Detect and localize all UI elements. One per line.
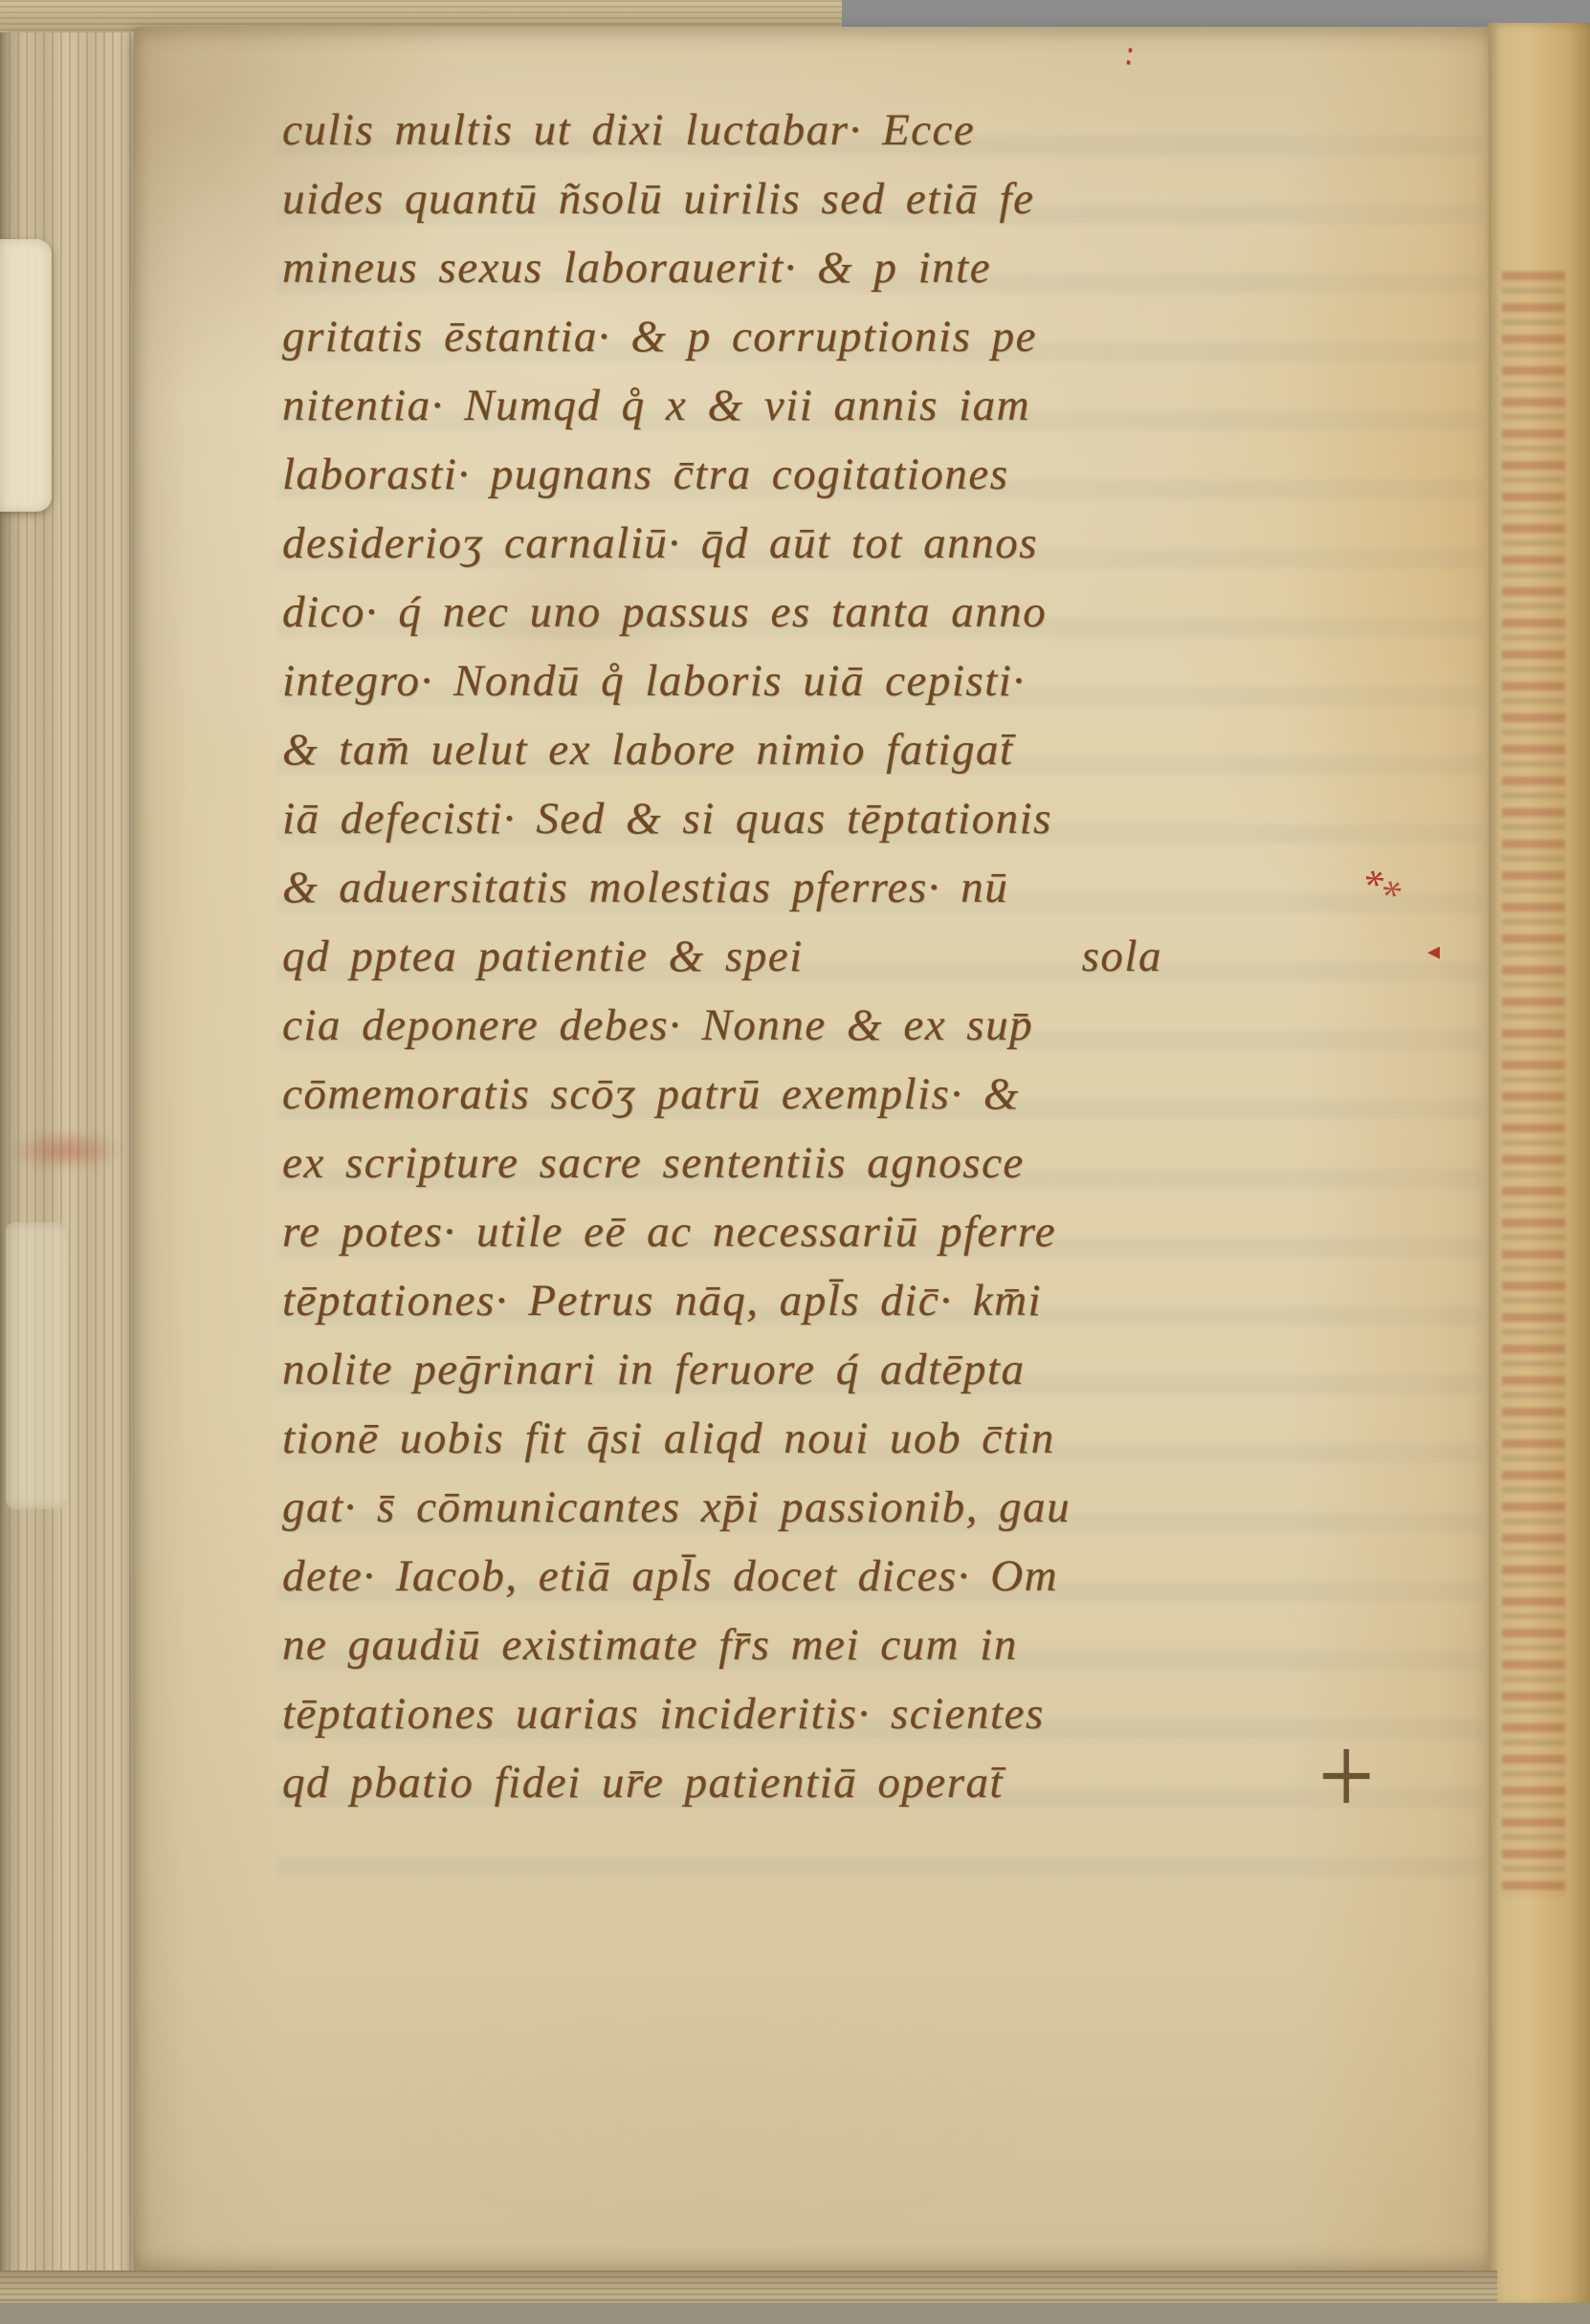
manuscript-line: dico· q́ nec uno passus es tanta anno bbox=[282, 578, 1440, 647]
manuscript-line: cōmemoratis scōʒ patrū exemplis· & bbox=[282, 1060, 1440, 1129]
manuscript-line: & aduersitatis molestias pferres· nū bbox=[282, 853, 1440, 922]
cross-mark: + bbox=[1318, 1711, 1375, 1842]
manuscript-line: qd pbatio fidei ur̄e patientiā operat̄ bbox=[282, 1748, 1440, 1817]
parchment-tab-upper bbox=[0, 239, 52, 512]
manuscript-line: uides quantū ñsolū uirilis sed etiā fe bbox=[282, 164, 1440, 233]
manuscript-line: nitentia· Numqd q̊ x & vii annis iam bbox=[282, 371, 1440, 440]
manuscript-line: integro· Nondū q̊ laboris uiā cepisti· bbox=[282, 647, 1440, 715]
manuscript-line: ne gaudiū existimate fr̄s mei cum in bbox=[282, 1611, 1440, 1679]
parchment-tab-lower bbox=[6, 1222, 69, 1509]
manuscript-line: desiderioʒ carnaliū· q̄d aūt tot annos bbox=[282, 509, 1440, 578]
red-ink-smudge-left-edge bbox=[6, 1130, 125, 1171]
manuscript-line: gat· s̄ cōmunicantes xp̄i passionib, gau bbox=[282, 1473, 1440, 1542]
manuscript-line: iā defecisti· Sed & si quas tēptationis bbox=[282, 784, 1440, 853]
manuscript-line: & tam̄ uelut ex labore nimio fatigat̄ bbox=[282, 715, 1440, 784]
photo-backdrop-bottom bbox=[0, 2303, 1590, 2324]
manuscript-line: culis multis ut dixi luctabar· Ecce bbox=[282, 96, 1440, 164]
manuscript-line: laborasti· pugnans c̄tra cogitationes bbox=[282, 440, 1440, 509]
text-block: culis multis ut dixi luctabar· Ecceuides… bbox=[282, 96, 1440, 1817]
manuscript-line: tionē uobis fit q̄si aliqd noui uob c̄ti… bbox=[282, 1404, 1440, 1473]
manuscript-line: cia deponere debes· Nonne & ex sup̄ bbox=[282, 991, 1440, 1060]
facing-page-edge bbox=[1489, 23, 1590, 2307]
manuscript-line: nolite peḡrinari in feruore q́ adtēpta bbox=[282, 1335, 1440, 1404]
manuscript-line: qd pptea patientie & spei sola bbox=[282, 922, 1440, 991]
rubric-arrow-mark: ◂ bbox=[1427, 937, 1440, 966]
manuscript-line: re potes· utile eē ac necessariū pferre bbox=[282, 1197, 1440, 1266]
manuscript-line: ex scripture sacre sententiis agnosce bbox=[282, 1129, 1440, 1197]
manuscript-line: mineus sexus laborauerit· & p inte bbox=[282, 233, 1440, 302]
manuscript-photo: culis multis ut dixi luctabar· Ecceuides… bbox=[0, 0, 1590, 2324]
manuscript-line: tēptationes uarias incideritis· scientes bbox=[282, 1679, 1440, 1748]
manuscript-line: tēptationes· Petrus nāq, apl̄s dic̄· km̄… bbox=[282, 1266, 1440, 1335]
manuscript-line: dete· Iacob, etiā apl̄s docet dices· Om bbox=[282, 1542, 1440, 1611]
parchment-stain bbox=[373, 1987, 1043, 2236]
manuscript-line: gritatis ēstantia· & p corruptionis pe bbox=[282, 302, 1440, 371]
bleedthrough-text-column bbox=[1502, 272, 1565, 1897]
